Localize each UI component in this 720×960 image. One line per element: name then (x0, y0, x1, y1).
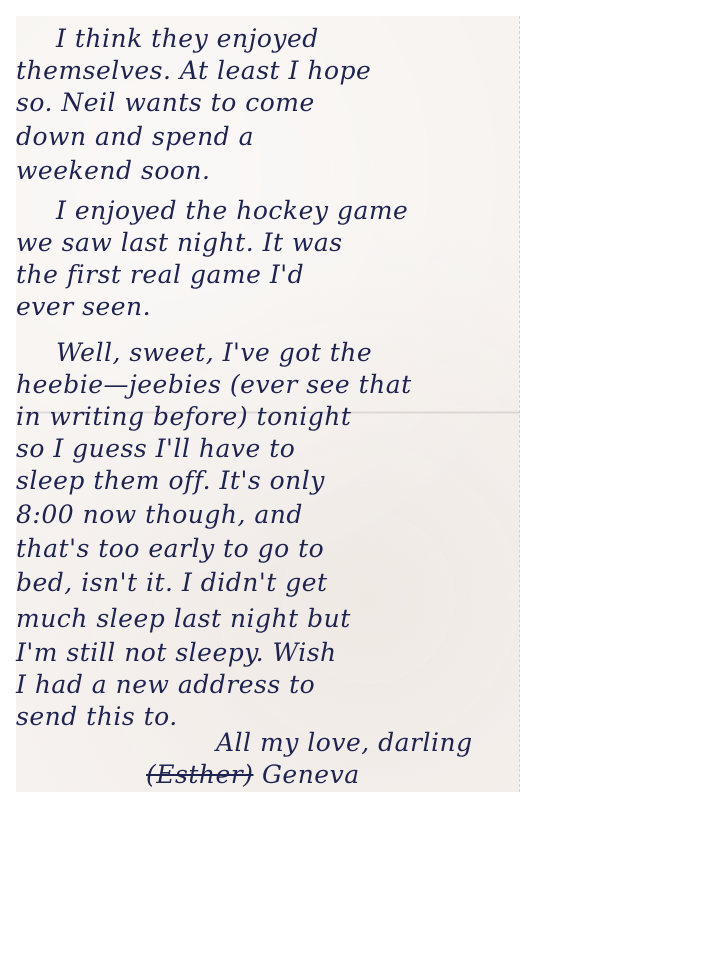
letter-closing: All my love, darling (216, 728, 473, 758)
letter-line: heebie—jeebies (ever see that (16, 370, 412, 400)
letter-line: down and spend a (16, 122, 254, 152)
letter-line: I'm still not sleepy. Wish (16, 638, 337, 668)
letter-line: send this to. (16, 702, 178, 732)
letter-line: I had a new address to (16, 670, 315, 700)
signature-name: Geneva (262, 760, 360, 789)
letter-line: I think they enjoyed (56, 24, 319, 54)
letter-line: sleep them off. It's only (16, 466, 325, 496)
letter-line: that's too early to go to (16, 534, 324, 564)
letter-page: I think they enjoyed themselves. At leas… (16, 16, 520, 792)
letter-line: I enjoyed the hockey game (56, 196, 408, 226)
letter-line: 8:00 now though, and (16, 500, 303, 530)
letter-line: much sleep last night but (16, 604, 351, 634)
crossed-out-name: (Esther) (146, 760, 253, 789)
letter-line: we saw last night. It was (16, 228, 343, 258)
letter-line: so. Neil wants to come (16, 88, 315, 118)
letter-line: ever seen. (16, 292, 151, 322)
letter-line: Well, sweet, I've got the (56, 338, 372, 368)
letter-line: themselves. At least I hope (16, 56, 371, 86)
letter-line: weekend soon. (16, 156, 210, 186)
letter-line: the first real game I'd (16, 260, 304, 290)
letter-signature: (Esther) Geneva (146, 760, 360, 790)
letter-line: in writing before) tonight (16, 402, 351, 432)
letter-line: so I guess I'll have to (16, 434, 295, 464)
letter-line: bed, isn't it. I didn't get (16, 568, 328, 598)
